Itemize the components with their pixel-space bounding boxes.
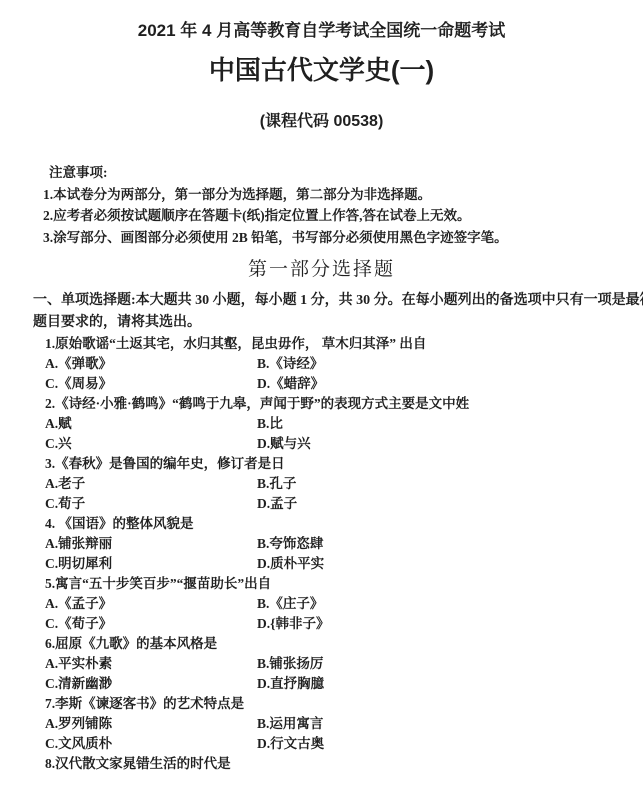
options-grid: A.《孟子》 B.《庄子》 C.《荀子》 D.{韩非子》 — [45, 594, 643, 634]
option-a: A.罗列铺陈 — [45, 714, 257, 734]
option-c: C.清新幽渺 — [45, 674, 257, 694]
option-a: A.《弹歌》 — [45, 354, 257, 374]
question-stem: 3.《春秋》是鲁国的编年史，修订者是日 — [45, 454, 643, 474]
options-grid: A.罗列铺陈 B.运用寓言 C.文风质朴 D.行文古奥 — [45, 714, 643, 754]
question-stem: 7.李斯《谏逐客书》的艺术特点是 — [45, 694, 643, 714]
option-d: D.赋与兴 — [257, 434, 643, 454]
option-b: B.铺张扬厉 — [257, 654, 643, 674]
exam-main-title: 中国古代文学史(一) — [0, 55, 643, 85]
option-a: A.《孟子》 — [45, 594, 257, 614]
notice-item-1: 1.本试卷分为两部分，第一部分为选择题，第二部分为非选择题。 — [43, 184, 643, 206]
course-code: (课程代码 00538) — [0, 112, 643, 131]
option-a: A.赋 — [45, 414, 257, 434]
question-stem: 1.原始歌谣“土返其宅，水归其壑，昆虫毋作， 草木归其泽” 出自 — [45, 334, 643, 354]
question-block-8: 8.汉代散文家晁错生活的时代是 — [45, 754, 643, 774]
option-a: A.铺张辩丽 — [45, 534, 257, 554]
question-block-3: 3.《春秋》是鲁国的编年史，修订者是日 A.老子 B.孔子 C.荀子 D.孟子 — [45, 454, 643, 514]
notice-item-3: 3.涂写部分、画图部分必须使用 2B 铅笔，书写部分必须使用黑色字迹签字笔。 — [43, 227, 643, 249]
option-d: D.直抒胸臆 — [257, 674, 643, 694]
questions-list: 1.原始歌谣“土返其宅，水归其壑，昆虫毋作， 草木归其泽” 出自 A.《弹歌》 … — [45, 334, 643, 774]
option-d: D.孟子 — [257, 494, 643, 514]
option-d: D.{韩非子》 — [257, 614, 643, 634]
options-grid: A.老子 B.孔子 C.荀子 D.孟子 — [45, 474, 643, 514]
option-b: B.《庄子》 — [257, 594, 643, 614]
section-intro-line-1: 一、单项选择题:本大题共 30 小题，每小题 1 分，共 30 分。在每小题列出… — [33, 290, 643, 312]
option-b: B.运用寓言 — [257, 714, 643, 734]
notices-block: 注意事项: 1.本试卷分为两部分，第一部分为选择题，第二部分为非选择题。 2.应… — [0, 162, 643, 248]
option-b: B.夸饰恣肆 — [257, 534, 643, 554]
option-b: B.《诗经》 — [257, 354, 643, 374]
question-stem: 2.《诗经·小雅·鹤鸣》“鹤鸣于九皋，声闻于野”的表现方式主要是文中姓 — [45, 394, 643, 414]
option-c: C.兴 — [45, 434, 257, 454]
options-grid: A.《弹歌》 B.《诗经》 C.《周易》 D.《蜡辞》 — [45, 354, 643, 394]
section-intro-line-2: 题目要求的，请将其选出。 — [33, 312, 643, 334]
question-stem: 4. 《国语》的整体风貌是 — [45, 514, 643, 534]
option-b: B.比 — [257, 414, 643, 434]
section-heading: 第一部分选择题 — [0, 258, 643, 281]
option-d: D.质朴平实 — [257, 554, 643, 574]
question-stem: 6.屈原《九歌》的基本风格是 — [45, 634, 643, 654]
notice-item-2: 2.应考者必须按试题顺序在答题卡(纸)指定位置上作答,答在试卷上无效。 — [43, 205, 643, 227]
question-block-4: 4. 《国语》的整体风貌是 A.铺张辩丽 B.夸饰恣肆 C.明切犀利 D.质朴平… — [45, 514, 643, 574]
exam-paper-page: 2021 年 4 月高等教育自学考试全国统一命题考试 中国古代文学史(一) (课… — [0, 0, 643, 796]
option-c: C.明切犀利 — [45, 554, 257, 574]
option-c: C.《周易》 — [45, 374, 257, 394]
option-c: C.荀子 — [45, 494, 257, 514]
option-d: D.行文古奥 — [257, 734, 643, 754]
question-block-2: 2.《诗经·小雅·鹤鸣》“鹤鸣于九皋，声闻于野”的表现方式主要是文中姓 A.赋 … — [45, 394, 643, 454]
question-block-6: 6.屈原《九歌》的基本风格是 A.平实朴素 B.铺张扬厉 C.清新幽渺 D.直抒… — [45, 634, 643, 694]
question-block-7: 7.李斯《谏逐客书》的艺术特点是 A.罗列铺陈 B.运用寓言 C.文风质朴 D.… — [45, 694, 643, 754]
option-a: A.平实朴素 — [45, 654, 257, 674]
option-d: D.《蜡辞》 — [257, 374, 643, 394]
option-b: B.孔子 — [257, 474, 643, 494]
options-grid: A.赋 B.比 C.兴 D.赋与兴 — [45, 414, 643, 454]
question-block-5: 5.寓言“五十步笑百步”“揠苗助长”出自 A.《孟子》 B.《庄子》 C.《荀子… — [45, 574, 643, 634]
question-stem: 8.汉代散文家晁错生活的时代是 — [45, 754, 643, 774]
options-grid: A.平实朴素 B.铺张扬厉 C.清新幽渺 D.直抒胸臆 — [45, 654, 643, 694]
option-c: C.《荀子》 — [45, 614, 257, 634]
notices-header: 注意事项: — [49, 162, 643, 184]
question-stem: 5.寓言“五十步笑百步”“揠苗助长”出自 — [45, 574, 643, 594]
section-intro: 一、单项选择题:本大题共 30 小题，每小题 1 分，共 30 分。在每小题列出… — [33, 290, 643, 334]
exam-title-line: 2021 年 4 月高等教育自学考试全国统一命题考试 — [0, 0, 643, 40]
options-grid: A.铺张辩丽 B.夸饰恣肆 C.明切犀利 D.质朴平实 — [45, 534, 643, 574]
option-a: A.老子 — [45, 474, 257, 494]
question-block-1: 1.原始歌谣“土返其宅，水归其壑，昆虫毋作， 草木归其泽” 出自 A.《弹歌》 … — [45, 334, 643, 394]
option-c: C.文风质朴 — [45, 734, 257, 754]
